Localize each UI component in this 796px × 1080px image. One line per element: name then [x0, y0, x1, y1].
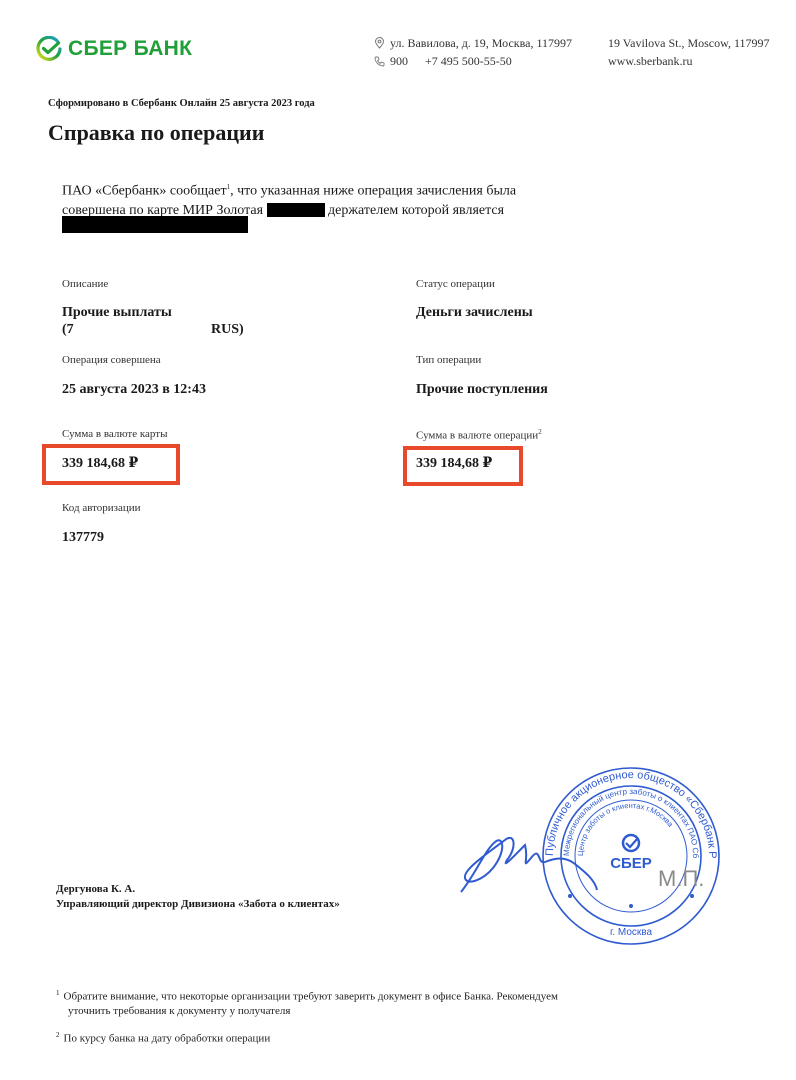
date-value: 25 августа 2023 в 12:43 [62, 381, 206, 398]
redacted-holder-name [62, 216, 248, 233]
location-pin-icon [374, 37, 385, 49]
op-amount-label: Сумма в валюте операции2 [416, 428, 542, 442]
signatory-name: Дергунова К. А. [56, 882, 135, 897]
type-value: Прочие поступления [416, 381, 548, 398]
address-ru: ул. Вавилова, д. 19, Москва, 117997 [390, 34, 572, 52]
status-value: Деньги зачислены [416, 304, 533, 321]
mp-mark: М.П. [658, 866, 704, 891]
handwritten-signature [455, 820, 605, 900]
phone-icon [374, 56, 385, 67]
card-amount-value: 339 184,68 ₽ [62, 455, 138, 472]
date-label: Операция совершена [62, 354, 161, 366]
description-code-right: RUS) [211, 321, 244, 338]
phone-full[interactable]: +7 495 500-55-50 [425, 52, 512, 70]
auth-code-label: Код авторизации [62, 502, 141, 514]
auth-code-value: 137779 [62, 529, 104, 546]
footnote-ref-2: 2 [538, 428, 542, 436]
description-label: Описание [62, 278, 108, 290]
status-label: Статус операции [416, 278, 495, 290]
svg-text:г. Москва: г. Москва [610, 927, 653, 938]
intro-text-3: держателем которой является [328, 203, 504, 218]
phone-short[interactable]: 900 [390, 52, 408, 70]
bank-name: СБЕР БАНК [68, 37, 192, 61]
card-amount-label: Сумма в валюте карты [62, 428, 167, 440]
description-value: Прочие выплаты [62, 304, 172, 321]
contacts-en: 19 Vavilova St., Moscow, 117997 www.sber… [608, 34, 770, 70]
svg-text:СБЕР: СБЕР [610, 855, 652, 872]
intro-paragraph: ПАО «Сбербанк» сообщает1, что указанная … [62, 178, 582, 220]
sber-logo-icon [36, 36, 62, 62]
footnote-2: 2По курсу банка на дату обработки операц… [56, 1028, 270, 1046]
intro-text-1: ПАО «Сбербанк» сообщает [62, 184, 227, 199]
generated-note: Сформировано в Сбербанк Онлайн 25 август… [48, 98, 315, 109]
type-label: Тип операции [416, 354, 481, 366]
bank-logo: СБЕР БАНК [36, 36, 192, 62]
contacts-ru: ул. Вавилова, д. 19, Москва, 117997 900 … [374, 34, 572, 70]
op-amount-value: 339 184,68 ₽ [416, 455, 492, 472]
website-link[interactable]: www.sberbank.ru [608, 52, 693, 70]
redacted-card-number [267, 203, 325, 217]
description-code-left: (7 [62, 321, 74, 338]
address-en: 19 Vavilova St., Moscow, 117997 [608, 34, 770, 52]
footnote-1: 1Обратите внимание, что некоторые органи… [56, 986, 558, 1018]
page-title: Справка по операции [48, 120, 264, 146]
signatory-position: Управляющий директор Дивизиона «Забота о… [56, 897, 340, 912]
